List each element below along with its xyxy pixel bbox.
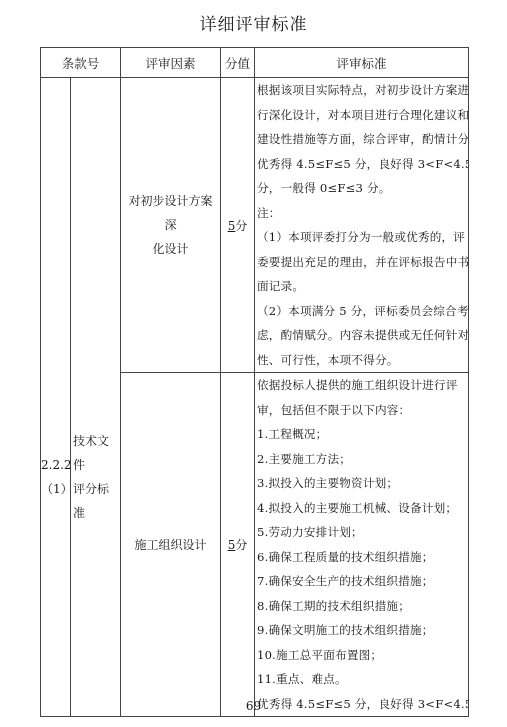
header-factor: 评审因素: [121, 48, 221, 78]
standard-line: 虑，酌情赋分。内容未提供或无任何针对: [257, 323, 468, 348]
score-unit: 分: [235, 219, 247, 233]
standard-line: 建设性措施等方面，综合评审，酌情计分。: [257, 127, 468, 152]
standard-line: （2）本项满分 5 分，评标委员会综合考: [257, 299, 468, 324]
table-row: 2.2.2 （1） 技术文件 评分标准 对初步设计方案深 化设计 5分 根据该项…: [41, 78, 469, 373]
factor-cell: 施工组织设计: [121, 373, 221, 717]
score-cell: 5分: [221, 78, 255, 373]
standard-line: 10.施工总平面布置图；: [257, 643, 468, 668]
standard-line: 6.确保工程质量的技术组织措施；: [257, 545, 468, 570]
standard-line: 注：: [257, 201, 468, 226]
standard-line: 2.主要施工方法；: [257, 447, 468, 472]
standard-line: 根据该项目实际特点，对初步设计方案进: [257, 78, 468, 103]
standard-line: 1.工程概况；: [257, 422, 468, 447]
standard-line: 分，一般得 0≤F≤3 分。: [257, 176, 468, 201]
standard-line: 性、可行性，本项不得分。: [257, 348, 468, 373]
clause-category-line1: 技术文件: [73, 429, 120, 477]
clause-category-line2: 评分标准: [73, 477, 120, 525]
page-title: 详细评审标准: [0, 10, 507, 35]
standard-line: 优秀得 4.5≤F≤5 分，良好得 3<F<4.5: [257, 152, 468, 177]
factor-cell: 对初步设计方案深 化设计: [121, 78, 221, 373]
standard-line: 5.劳动力安排计划；: [257, 520, 468, 545]
standard-line: 3.拟投入的主要物资计划；: [257, 471, 468, 496]
standard-line: 面记录。: [257, 274, 468, 299]
standard-line: 4.拟投入的主要施工机械、设备计划；: [257, 496, 468, 521]
clause-number: 2.2.2: [41, 453, 70, 477]
standard-line: 行深化设计，对本项目进行合理化建议和: [257, 103, 468, 128]
clause-number-cell: 2.2.2 （1）: [41, 78, 71, 717]
standard-line: （1）本项评委打分为一般或优秀的，评: [257, 225, 468, 250]
page-number: 69: [0, 699, 507, 713]
table-header-row: 条款号 评审因素 分值 评审标准: [41, 48, 469, 78]
clause-category-cell: 技术文件 评分标准: [71, 78, 121, 717]
score-cell: 5分: [221, 373, 255, 717]
evaluation-criteria-table: 条款号 评审因素 分值 评审标准 2.2.2 （1） 技术文件 评分标准 对初步…: [40, 47, 469, 717]
header-standard: 评审标准: [255, 48, 469, 78]
header-score: 分值: [221, 48, 255, 78]
standard-line: 11.重点、难点。: [257, 667, 468, 692]
standard-line: 7.确保安全生产的技术组织措施；: [257, 569, 468, 594]
factor-text: 施工组织设计: [124, 533, 217, 557]
standard-cell: 依据投标人提供的施工组织设计进行评 审，包括但不限于以下内容： 1.工程概况； …: [255, 373, 469, 717]
standard-line: 依据投标人提供的施工组织设计进行评: [257, 373, 468, 398]
score-unit: 分: [235, 538, 247, 552]
clause-subnumber: （1）: [41, 477, 70, 501]
standard-line: 9.确保文明施工的技术组织措施；: [257, 618, 468, 643]
standard-line: 8.确保工期的技术组织措施；: [257, 594, 468, 619]
standard-line: 审，包括但不限于以下内容：: [257, 398, 468, 423]
factor-text: 对初步设计方案深: [124, 189, 217, 237]
standard-cell: 根据该项目实际特点，对初步设计方案进 行深化设计，对本项目进行合理化建议和 建设…: [255, 78, 469, 373]
factor-text: 化设计: [124, 237, 217, 261]
standard-line: 委要提出充足的理由，并在评标报告中书: [257, 250, 468, 275]
header-clause-no: 条款号: [41, 48, 121, 78]
